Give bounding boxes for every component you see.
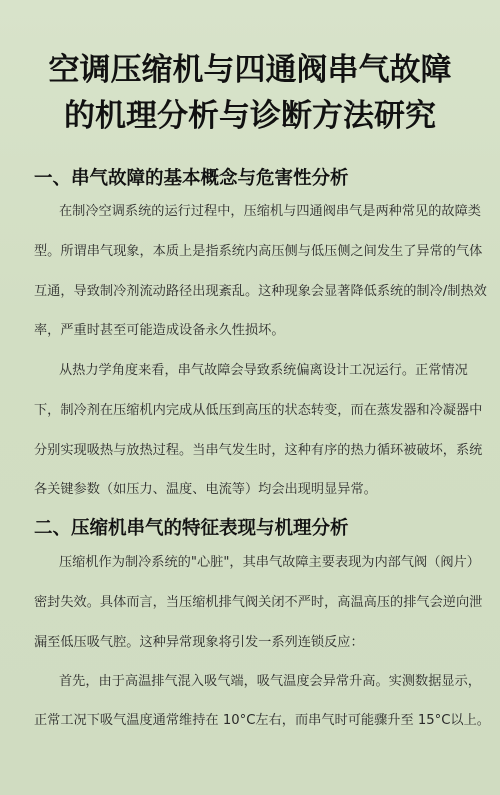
text-line: 从热力学角度来看，串气故障会导致系统偏离设计工况运行。正常情况 — [59, 361, 468, 381]
section-1-heading: 一、串气故障的基本概念与危害性分析 — [34, 166, 349, 192]
document-title-line-1: 空调压缩机与四通阀串气故障 — [0, 48, 500, 92]
text-line: 密封失效。具体而言，当压缩机排气阀关闭不严时，高温高压的排气会逆向泄 — [34, 593, 482, 613]
text-line: 首先，由于高温排气混入吸气端，吸气温度会异常升高。实测数据显示， — [59, 672, 481, 692]
text-line: 漏至低压吸气腔。这种异常现象将引发一系列连锁反应： — [34, 633, 364, 653]
text-line: 在制冷空调系统的运行过程中，压缩机与四通阀串气是两种常见的故障类 — [59, 202, 481, 222]
text-line: 各关键参数（如压力、温度、电流等）均会出现明显异常。 — [34, 480, 377, 500]
document-page: 空调压缩机与四通阀串气故障 的机理分析与诊断方法研究 一、串气故障的基本概念与危… — [0, 0, 500, 795]
text-line: 正常工况下吸气温度通常维持在 10°C左右，而串气时可能骤升至 15°C以上。 — [34, 711, 490, 731]
text-line: 互通，导致制冷剂流动路径出现紊乱。这种现象会显著降低系统的制冷/制热效 — [34, 282, 487, 302]
section-2-heading: 二、压缩机串气的特征表现与机理分析 — [34, 516, 349, 542]
text-line: 分别实现吸热与放热过程。当串气发生时，这种有序的热力循环被破坏，系统 — [34, 441, 482, 461]
text-line: 下，制冷剂在压缩机内完成从低压到高压的状态转变，而在蒸发器和冷凝器中 — [34, 401, 482, 421]
text-line: 率，严重时甚至可能造成设备永久性损坏。 — [34, 321, 285, 341]
text-line: 压缩机作为制冷系统的"心脏"，其串气故障主要表现为内部气阀（阀片） — [59, 553, 480, 573]
document-title-line-2: 的机理分析与诊断方法研究 — [0, 94, 500, 138]
text-line: 型。所谓串气现象，本质上是指系统内高压侧与低压侧之间发生了异常的气体 — [34, 242, 482, 262]
